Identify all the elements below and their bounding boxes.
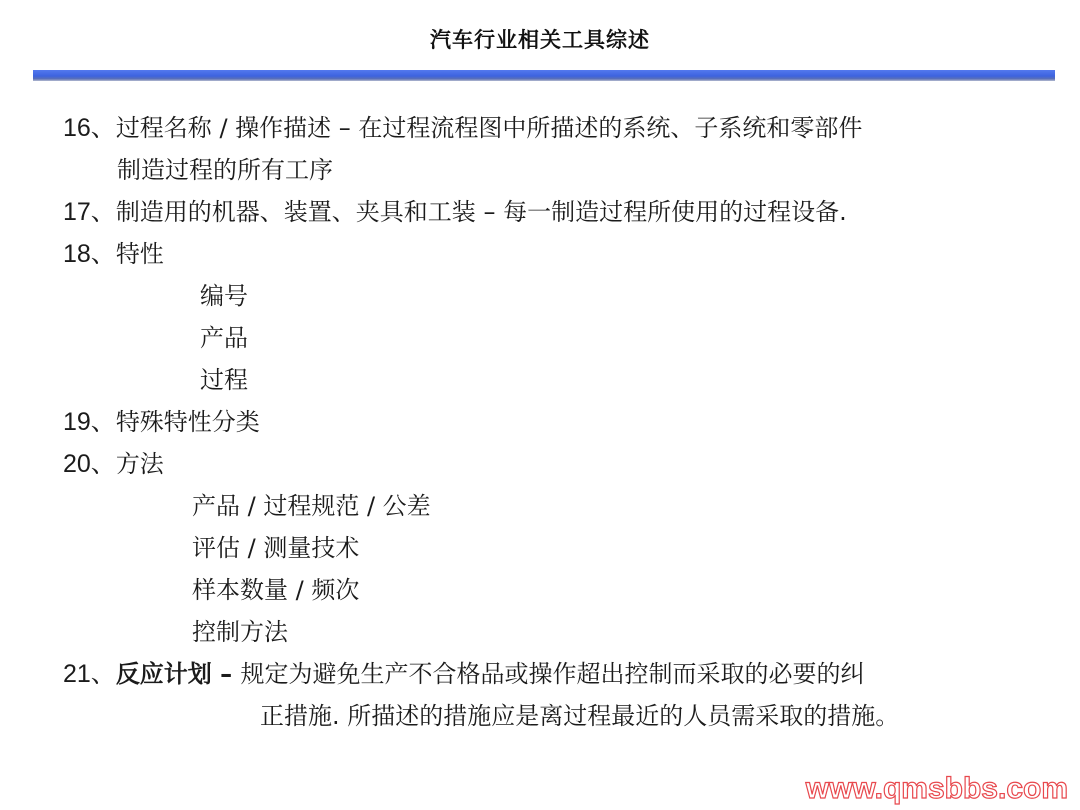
item-18-sub-item: 过程 <box>200 365 248 395</box>
item-label: 过程名称 / 操作描述 <box>116 114 331 142</box>
item-label: 制造用的机器、装置、夹具和工装 <box>116 198 476 226</box>
item-20-sub-item: 评估 / 测量技术 <box>192 533 359 563</box>
item-number: 19、 <box>63 408 116 436</box>
item-17: 17、制造用的机器、装置、夹具和工装 – 每一制造过程所使用的过程设备. <box>63 197 847 227</box>
item-number: 16、 <box>63 114 116 142</box>
item-20: 20、方法 <box>63 449 164 479</box>
item-label: 方法 <box>116 450 164 478</box>
item-number: 17、 <box>63 198 116 226</box>
item-21: 21、反应计划 – 规定为避免生产不合格品或操作超出控制而采取的必要的纠 <box>63 659 865 689</box>
item-18-sub-item: 产品 <box>200 323 248 353</box>
item-21-continuation: 正措施. 所描述的措施应是离过程最近的人员需采取的措施。 <box>260 701 899 731</box>
item-20-sub-item: 样本数量 / 频次 <box>192 575 359 605</box>
item-number: 18、 <box>63 240 116 268</box>
item-separator: – <box>331 114 358 142</box>
watermark: www.qmsbbs.com <box>806 772 1068 806</box>
slide-content: 16、过程名称 / 操作描述 – 在过程流程图中所描述的系统、子系统和零部件 制… <box>0 0 1080 810</box>
item-number: 21、 <box>63 660 116 688</box>
item-label: 反应计划 <box>116 660 212 688</box>
item-description: 规定为避免生产不合格品或操作超出控制而采取的必要的纠 <box>241 660 865 688</box>
item-16-continuation: 制造过程的所有工序 <box>117 155 333 185</box>
item-19: 19、特殊特性分类 <box>63 407 260 437</box>
item-16: 16、过程名称 / 操作描述 – 在过程流程图中所描述的系统、子系统和零部件 <box>63 113 862 143</box>
item-description: 每一制造过程所使用的过程设备. <box>503 198 847 226</box>
item-separator: – <box>476 198 503 226</box>
item-separator: – <box>212 660 241 688</box>
item-number: 20、 <box>63 450 116 478</box>
item-20-sub-item: 产品 / 过程规范 / 公差 <box>192 491 431 521</box>
item-20-sub-item: 控制方法 <box>192 617 288 647</box>
item-18: 18、特性 <box>63 239 164 269</box>
item-18-sub-item: 编号 <box>200 281 248 311</box>
item-description: 在过程流程图中所描述的系统、子系统和零部件 <box>358 114 862 142</box>
item-label: 特殊特性分类 <box>116 408 260 436</box>
item-label: 特性 <box>116 240 164 268</box>
